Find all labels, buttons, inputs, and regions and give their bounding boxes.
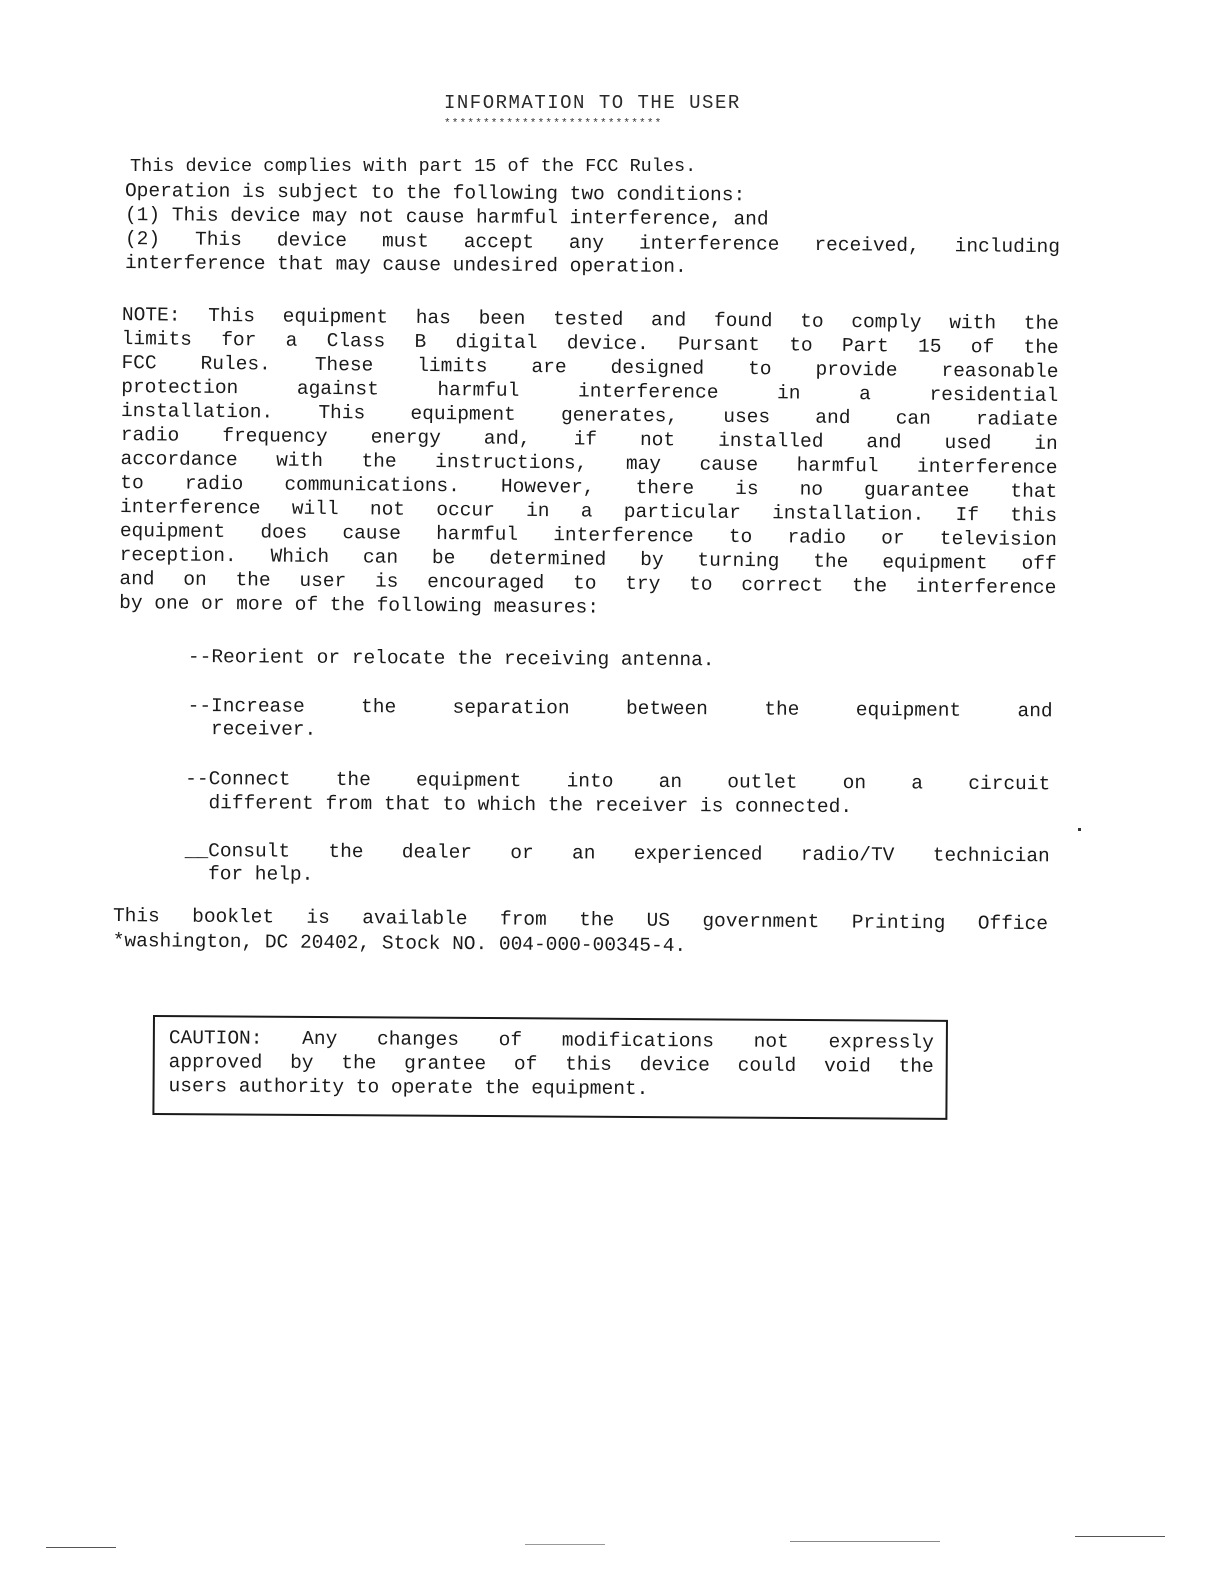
document-title: INFORMATION TO THE USER: [444, 92, 741, 114]
measure-line: --Connect the equipment into an outlet o…: [185, 770, 1050, 795]
caution-box: CAUTION: Any changes of modifications no…: [152, 1015, 948, 1120]
scan-artifact: [46, 1547, 116, 1548]
booklet-paragraph: This booklet is available from the US go…: [8, 0, 1224, 10]
measure-line: for help.: [185, 865, 314, 885]
measure-line: --Reorient or relocate the receiving ant…: [188, 648, 715, 671]
compliance-line: (1) This device may not cause harmful in…: [125, 206, 769, 230]
measures-list: --Reorient or relocate the receiving ant…: [4, 0, 1224, 6]
scan-artifact: [1075, 1536, 1165, 1537]
booklet-line: *washington, DC 20402, Stock NO. 004-000…: [113, 932, 687, 957]
measure-line: receiver.: [187, 720, 316, 740]
scan-artifact: [790, 1541, 940, 1542]
measure-line: different from that to which the receive…: [185, 794, 852, 818]
measure-item: --Increase the separation between the eq…: [4, 0, 1224, 6]
compliance-line: This device complies with part 15 of the…: [130, 158, 696, 177]
note-paragraph: NOTE: This equipment has been tested and…: [3, 0, 1224, 11]
measure-line: --Increase the separation between the eq…: [188, 697, 1053, 722]
caution-line: CAUTION: Any changes of modifications no…: [169, 1029, 934, 1053]
scan-artifact: [1078, 828, 1081, 831]
measure-item: --Reorient or relocate the receiving ant…: [4, 0, 1224, 6]
caution-line: approved by the grantee of this device c…: [169, 1053, 934, 1077]
scan-artifact: [525, 1544, 605, 1545]
caution-line: users authority to operate the equipment…: [169, 1077, 649, 1099]
measure-line: __Consult the dealer or an experienced r…: [185, 842, 1050, 867]
measure-item: --Connect the equipment into an outlet o…: [4, 0, 1224, 6]
compliance-line: Operation is subject to the following tw…: [125, 182, 745, 206]
compliance-line: interference that may cause undesired op…: [125, 254, 687, 277]
note-line: by one or more of the following measures…: [119, 594, 599, 618]
document-page: INFORMATION TO THE USER ****************…: [0, 0, 1224, 1584]
measure-item: __Consult the dealer or an experienced r…: [4, 0, 1224, 6]
title-asterisk-underline: ****************************: [444, 118, 662, 130]
